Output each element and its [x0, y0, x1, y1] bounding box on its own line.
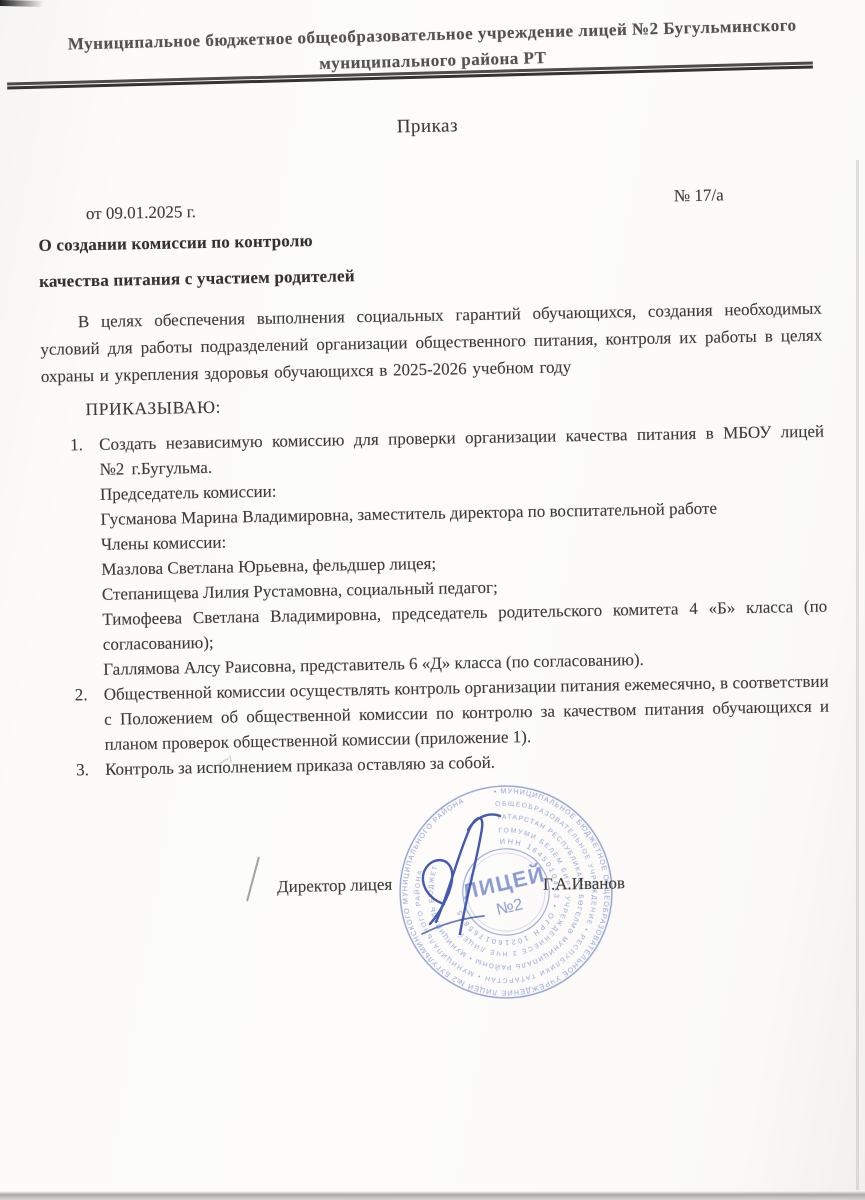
- preamble-paragraph: В целях обеспечения выполнения социальны…: [40, 295, 823, 390]
- order-word: ПРИКАЗЫВАЮ:: [41, 386, 823, 421]
- item-number: 1.: [70, 432, 83, 457]
- item-number: 3.: [76, 757, 89, 782]
- subject-line2: качества питания с участием родителей: [39, 258, 821, 292]
- scan-edge-right: [856, 160, 859, 1190]
- scanned-document-page: Муниципальное бюджетное общеобразователь…: [0, 0, 865, 1200]
- order-items-list: 1. Создать независимую комиссию для пров…: [42, 419, 830, 783]
- subject-line1: О создании комиссии по контролю: [38, 222, 820, 256]
- pen-slash-mark: [246, 857, 260, 902]
- order-item-1: 1. Создать независимую комиссию для пров…: [99, 419, 828, 682]
- item-number: 2.: [74, 682, 87, 707]
- pencil-smudge-mark: [216, 754, 240, 768]
- signature-name: Г.А.Иванов: [543, 873, 625, 894]
- item-line: Общественной комиссии осуществлять контр…: [103, 669, 829, 757]
- order-body: Приказ № 17/а от 09.01.2025 г. О создани…: [36, 96, 831, 810]
- doc-title: Приказ: [36, 109, 818, 145]
- director-handwritten-signature: [406, 806, 518, 958]
- order-item-2: 2. Общественной комиссии осуществлять ко…: [103, 669, 829, 757]
- signature-role-label: Директор лицея: [277, 875, 393, 898]
- scan-artifact-corner: [0, 0, 44, 7]
- scan-edge-bottom: [0, 1191, 865, 1200]
